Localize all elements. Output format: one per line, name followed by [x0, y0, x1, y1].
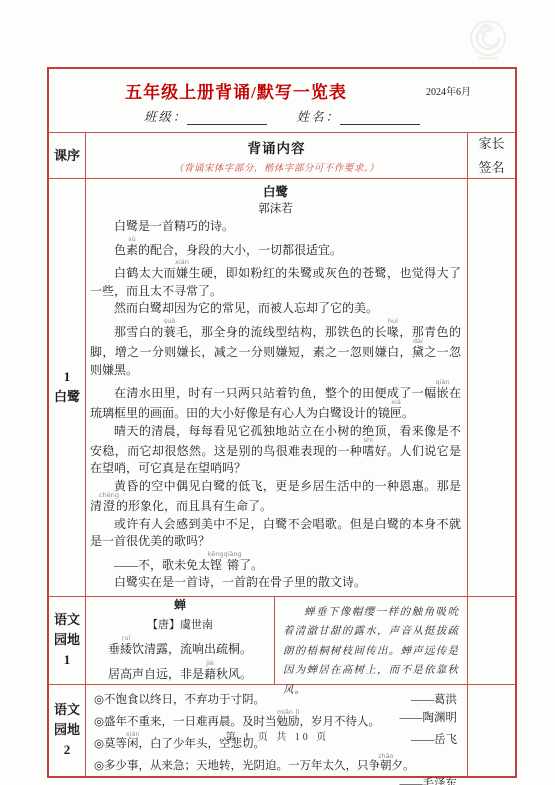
row1-id: 1白鹭	[49, 179, 86, 596]
quote-text: ◎不饱食以终日，不弃功于寸阴。	[94, 691, 265, 709]
poem-cell: 蝉 【唐】虞世南 垂緌ruí饮清露，流响出疏桐。居高声自远，非是藉jiè秋风。	[86, 597, 274, 684]
essay-paragraph: 白鹤太大而嫌xián生硬，即如粉红的朱鹭或灰色的苍鹭，也觉得大了一些，而且太不寻…	[90, 259, 461, 300]
row-id-line: 语文	[54, 610, 80, 630]
essay-paragraph: 晴天的清晨，每每看见它孤独地站立在小树的绝顶，看来像是不安稳，而它却很悠然。这是…	[90, 423, 461, 478]
header-sign-line: 签名	[478, 156, 504, 180]
class-label: 班级：	[144, 110, 188, 124]
poem-line: 居高声自远，非是藉jiè秋风。	[108, 660, 252, 685]
row-id-line: 1	[64, 650, 71, 670]
swirl-logo-watermark-icon	[466, 18, 510, 62]
sheet-frame: 五年级上册背诵/默写一览表 2024年6月 班级： 姓名： 课序 背诵内容 （背…	[47, 67, 517, 778]
name-blank-line	[340, 112, 420, 125]
quote-line: ◎多少事，从来急；天地转，光阴迫。一万年太久，只争朝zhāo夕。 ——毛泽东	[94, 753, 457, 785]
essay-paragraph: 然而白鹭却因为它的常见，而被人忘却了它的美。	[90, 300, 461, 318]
essay-body: 白鹭是一首精巧的诗。色素sù的配合，身段的大小，一切都很适宜。白鹤太大而嫌xiá…	[90, 218, 461, 592]
quote-attribution: ——葛洪	[411, 691, 457, 709]
header-recite-content: 背诵内容 （背诵宋体字部分，楷体字部分可不作要求。）	[86, 133, 467, 178]
essay-paragraph: 或许有人会感到美中不足，白鹭不会唱歌。但是白鹭的本身不就是一首很优美的歌吗？	[90, 516, 461, 551]
poem-line: 垂緌ruí饮清露，流响出疏桐。	[108, 635, 252, 660]
poem-author: 【唐】虞世南	[147, 615, 213, 635]
row2-content: 蝉 【唐】虞世南 垂緌ruí饮清露，流响出疏桐。居高声自远，非是藉jiè秋风。 …	[86, 597, 467, 684]
row-id-line: 白鹭	[54, 387, 80, 407]
row1-content: 白鹭 郭沫若 白鹭是一首精巧的诗。色素sù的配合，身段的大小，一切都很适宜。白鹤…	[86, 179, 467, 596]
date-label: 2024年6月	[426, 83, 471, 98]
essay-paragraph: ——不，歌未免太铿锵kēngqiāng了。	[90, 551, 461, 575]
essay-paragraph: 那雪白的蓑suō毛，那全身的流线型结构，那铁色的长喙huì，那青色的脚，增之一分…	[90, 318, 461, 379]
class-name-line: 班级： 姓名：	[49, 107, 515, 125]
page-number-footer: 第 1 页 共 10 页	[0, 728, 555, 743]
essay-title: 白鹭	[90, 184, 461, 201]
header-lesson-order: 课序	[49, 133, 86, 178]
poem-title: 蝉	[174, 595, 186, 615]
table-header-row: 课序 背诵内容 （背诵宋体字部分，楷体字部分可不作要求。） 家长签名	[49, 132, 515, 178]
page-title: 五年级上册背诵/默写一览表	[49, 78, 423, 103]
quote-attribution: ——毛泽东	[400, 775, 458, 785]
quote-line: ◎不饱食以终日，不弃功于寸阴。 ——葛洪	[94, 691, 457, 709]
row-id-line: 1	[64, 367, 71, 387]
row2-sign-cell	[467, 597, 515, 684]
essay-paragraph: 黄昏的空中偶见白鹭的低飞，更是乡居生活中的一种恩惠。那是清澄chéng的形象化，…	[90, 478, 461, 516]
table-row-lesson1: 1白鹭 白鹭 郭沫若 白鹭是一首精巧的诗。色素sù的配合，身段的大小，一切都很适…	[49, 178, 515, 596]
poem-translation-note: 蝉垂下像帽缨一样的触角吸吮着清澈甘甜的露水，声音从挺拔疏朗的梧桐树枝间传出。蝉声…	[274, 597, 467, 684]
name-label: 姓名：	[297, 110, 341, 124]
essay-author: 郭沫若	[90, 201, 461, 218]
header-content-title: 背诵内容	[248, 137, 306, 157]
row2-id: 语文园地1	[49, 597, 86, 684]
poem-lines: 垂緌ruí饮清露，流响出疏桐。居高声自远，非是藉jiè秋风。	[108, 635, 252, 685]
row1-sign-cell	[467, 179, 515, 596]
header-sign-line: 家长	[478, 132, 504, 156]
row-id-line: 园地	[54, 630, 80, 650]
row-id-line: 语文	[54, 700, 80, 720]
header-content-note: （背诵宋体字部分，楷体字部分可不作要求。）	[174, 160, 379, 174]
header-parent-sign: 家长签名	[467, 133, 515, 178]
class-blank-line	[187, 112, 267, 125]
table-row-garden1: 语文园地1 蝉 【唐】虞世南 垂緌ruí饮清露，流响出疏桐。居高声自远，非是藉j…	[49, 596, 515, 684]
quote-text: ◎多少事，从来急；天地转，光阴迫。一万年太久，只争朝zhāo夕。	[94, 753, 415, 775]
essay-paragraph: 白鹭是一首精巧的诗。	[90, 218, 461, 236]
document-page: 五年级上册背诵/默写一览表 2024年6月 班级： 姓名： 课序 背诵内容 （背…	[0, 0, 555, 785]
title-block: 五年级上册背诵/默写一览表 2024年6月 班级： 姓名：	[49, 69, 515, 132]
row-id-line: 2	[64, 740, 71, 760]
essay-paragraph: 色素sù的配合，身段的大小，一切都很适宜。	[90, 236, 461, 260]
essay-paragraph: 在清水田里，时有一只两只站着钓鱼，整个的田便成了一幅嵌qiàn在琉璃框里的画面。…	[90, 379, 461, 423]
essay-paragraph: 白鹭实在是一首诗，一首韵在骨子里的散文诗。	[90, 574, 461, 592]
